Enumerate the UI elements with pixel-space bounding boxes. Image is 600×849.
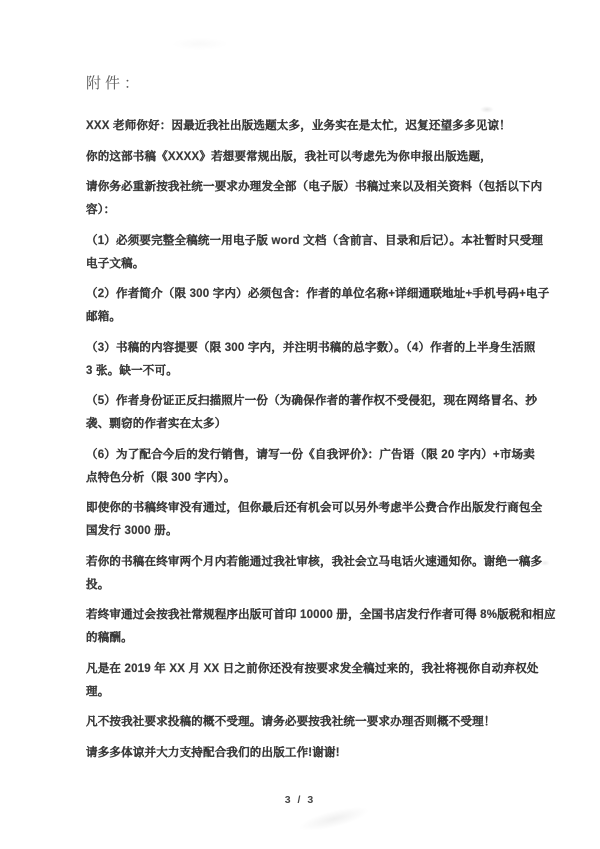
scan-smudge bbox=[294, 801, 374, 837]
page-number: 3 / 3 bbox=[0, 794, 600, 806]
para-rejection-warning: 凡不按我社要求投稿的概不受理。请务必要按我社统一要求办理否则概不受理！ bbox=[86, 711, 530, 734]
attachment-heading: 附件： bbox=[86, 74, 530, 94]
para-deadline: 凡是在 2019 年 XX 月 XX 日之前你还没有按要求发全稿过来的，我社将视… bbox=[86, 658, 530, 704]
text-line: 袭、剽窃的作者实在太多） bbox=[86, 413, 530, 436]
text-line: 凡不按我社要求投稿的概不受理。请务必要按我社统一要求办理否则概不受理！ bbox=[86, 711, 530, 734]
text-line: 你的这部书稿《XXXX》若想要常规出版，我社可以考虑先为你申报出版选题， bbox=[86, 146, 530, 169]
text-line: 凡是在 2019 年 XX 月 XX 日之前你还没有按要求发全稿过来的，我社将视… bbox=[86, 658, 530, 681]
para-manuscript-intro: 你的这部书稿《XXXX》若想要常规出版，我社可以考虑先为你申报出版选题， bbox=[86, 146, 530, 169]
text-line: 若你的书稿在终审两个月内若能通过我社审核，我社会立马电话火速通知你。谢绝一稿多 bbox=[86, 551, 530, 574]
text-line: （5）作者身份证正反扫描照片一份（为确保作者的著作权不受侵犯，现在网络冒名、抄 bbox=[86, 390, 530, 413]
text-line: 投。 bbox=[86, 574, 530, 597]
text-line: 邮箱。 bbox=[86, 306, 530, 329]
text-line: 理。 bbox=[86, 681, 530, 704]
para-requirements-intro: 请你务必重新按我社统一要求办理发全部（电子版）书稿过来以及相关资料（包括以下内 … bbox=[86, 176, 530, 222]
text-line: XXX 老师你好：因最近我社出版选题太多，业务实在是太忙，迟复还望多多见谅！ bbox=[86, 115, 530, 138]
text-line: （6）为了配合今后的发行销售，请写一份《自我评价》：广告语（限 20 字内）+市… bbox=[86, 444, 530, 467]
text-line: 请你务必重新按我社统一要求办理发全部（电子版）书稿过来以及相关资料（包括以下内 bbox=[86, 176, 530, 199]
text-line: 3 张。缺一不可。 bbox=[86, 360, 530, 383]
text-line: （1）必须要完整全稿统一用电子版 word 文档（含前言、目录和后记）。本社暂时… bbox=[86, 230, 530, 253]
scanned-letter-page: 附件： XXX 老师你好：因最近我社出版选题太多，业务实在是太忙，迟复还望多多见… bbox=[0, 0, 600, 849]
text-line: 的稿酬。 bbox=[86, 627, 530, 650]
para-closing: 请多多体谅并大力支持配合我们的出版工作!谢谢! bbox=[86, 742, 530, 765]
para-review-notice: 若你的书稿在终审两个月内若能通过我社审核，我社会立马电话火速通知你。谢绝一稿多 … bbox=[86, 551, 530, 597]
text-line: 电子文稿。 bbox=[86, 253, 530, 276]
text-line: 即使你的书稿终审没有通过，但你最后还有机会可以另外考虑半公费合作出版发行商包全 bbox=[86, 497, 530, 520]
para-item-2: （2）作者简介（限 300 字内）必须包含：作者的单位名称+详细通联地址+手机号… bbox=[86, 283, 530, 329]
text-line: 点特色分析（限 300 字内）。 bbox=[86, 467, 530, 490]
scan-smudge bbox=[480, 106, 494, 113]
text-line: 请多多体谅并大力支持配合我们的出版工作!谢谢! bbox=[86, 742, 530, 765]
para-item-3-4: （3）书稿的内容提要（限 300 字内，并注明书稿的总字数）。（4）作者的上半身… bbox=[86, 337, 530, 383]
para-greeting: XXX 老师你好：因最近我社出版选题太多，业务实在是太忙，迟复还望多多见谅！ bbox=[86, 115, 530, 138]
text-line: 若终审通过会按我社常规程序出版可首印 10000 册，全国书店发行作者可得 8%… bbox=[86, 604, 530, 627]
text-line: （2）作者简介（限 300 字内）必须包含：作者的单位名称+详细通联地址+手机号… bbox=[86, 283, 530, 306]
text-line: 容）： bbox=[86, 199, 530, 222]
para-royalty: 若终审通过会按我社常规程序出版可首印 10000 册，全国书店发行作者可得 8%… bbox=[86, 604, 530, 650]
para-item-6: （6）为了配合今后的发行销售，请写一份《自我评价》：广告语（限 20 字内）+市… bbox=[86, 444, 530, 490]
text-line: 国发行 3000 册。 bbox=[86, 520, 530, 543]
para-item-5: （5）作者身份证正反扫描照片一份（为确保作者的著作权不受侵犯，现在网络冒名、抄 … bbox=[86, 390, 530, 436]
text-line: （3）书稿的内容提要（限 300 字内，并注明书稿的总字数）。（4）作者的上半身… bbox=[86, 337, 530, 360]
para-fallback-offer: 即使你的书稿终审没有通过，但你最后还有机会可以另外考虑半公费合作出版发行商包全 … bbox=[86, 497, 530, 543]
para-item-1: （1）必须要完整全稿统一用电子版 word 文档（含前言、目录和后记）。本社暂时… bbox=[86, 230, 530, 276]
